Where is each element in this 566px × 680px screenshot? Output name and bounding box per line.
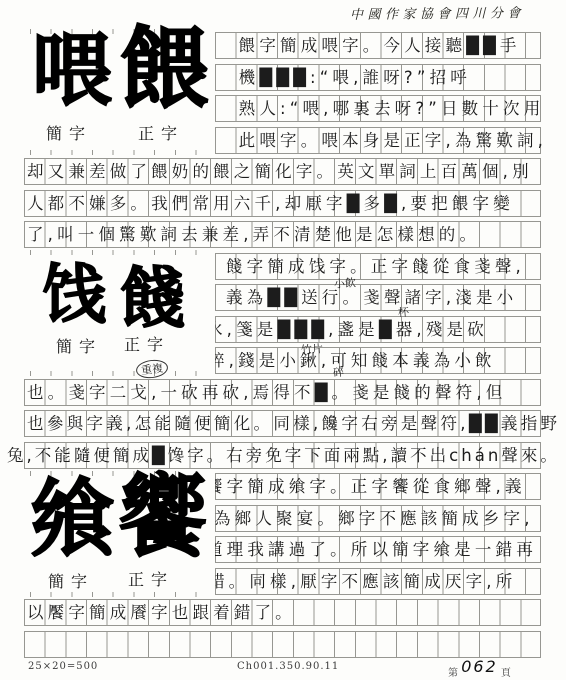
grid-row-9: 義為██送行。戔聲諸字,淺是小 <box>215 284 541 311</box>
grid-row-15: 饗字簡成飨字。正字饗從食鄉聲,義 <box>215 473 541 500</box>
grid-row-8: 餞字簡成饯字。正字餞從食戔聲, <box>215 253 541 280</box>
page-number-group: 第 062 頁 <box>448 661 511 680</box>
grid-row-17: 道理我講過了。所以簡字飨是一錯再 <box>215 536 541 563</box>
grid-row-16: 為鄉人聚宴。鄉字不應該簡成乡字, <box>215 505 541 532</box>
grid-row-10: 水,箋是███,盞是█器,殘是砍 <box>215 316 541 343</box>
handwritten-line: 兔,不能隨便簡成█馋字。右旁免字下面兩點,讀不出chán聲來。 <box>7 445 560 467</box>
grid-row-1: 餵字簡成喂字。今人接聽██手 <box>215 32 541 59</box>
grid-row-2: 機███:“喂,誰呀?”招呼 <box>215 64 541 91</box>
annotation-碎: 碎 <box>332 364 344 381</box>
manuscript-page: 中國作家協會四川分會 餵字簡成喂字。今人接聽██手 機███:“喂,誰呀?”招呼… <box>0 0 566 680</box>
section-2-simplified-label: 簡字 <box>56 334 102 357</box>
handwritten-line: 以饜字簡成餍字也跟着錯了。 <box>27 602 296 624</box>
print-code-label: Ch001.350.90.11 <box>237 661 339 672</box>
handwritten-line: 也。戔字二戈,一砍再砍,焉得不█。戔是餞的聲符,但 <box>27 382 506 404</box>
section-3-traditional-label: 正字 <box>128 567 174 590</box>
grid-row-11: 碎,錢是小鍬,可知餞本義為小飲 <box>215 347 541 374</box>
section-3-simplified-label: 簡字 <box>48 569 94 592</box>
section-3-character-block: 飨 饗 簡字 正字 <box>24 471 215 597</box>
section-2-character-block: 饯 餞 簡字 正字 <box>24 250 215 376</box>
annotation-竹片: 竹片 <box>300 340 323 357</box>
organization-header: 中國作家協會四川分會 <box>350 2 525 23</box>
grid-row-13: 也參與字義,怎能隨便簡化。同樣,饞字右旁是聲符,██義指野 <box>24 410 541 437</box>
section-1-traditional-label: 正字 <box>138 121 184 144</box>
handwritten-line: 道理我講過了。所以簡字飨是一錯再 <box>206 539 537 561</box>
grid-row-20 <box>24 631 541 658</box>
page-footer: 25×20=500 Ch001.350.90.11 第 062 頁 <box>0 658 566 680</box>
grid-row-12: 也。戔字二戈,一砍再砍,焉得不█。戔是餞的聲符,但 <box>24 379 541 406</box>
handwritten-line: 水,箋是███,盞是█器,殘是砍 <box>206 319 488 341</box>
handwritten-line: 熟人:“喂,哪裏去呀?”日數十次用 <box>218 98 544 120</box>
section-2-traditional-character: 餞 <box>120 266 186 332</box>
page-prefix: 第 <box>448 668 458 679</box>
grid-row-3: 熟人:“喂,哪裏去呀?”日數十次用 <box>215 95 541 122</box>
section-3-traditional-character: 饗 <box>118 473 208 563</box>
handwritten-line: 為鄉人聚宴。鄉字不應該簡成乡字, <box>214 508 534 530</box>
handwritten-line: 餞字簡成饯字。正字餞從食戔聲, <box>226 256 525 278</box>
section-3-simplified-character: 飨 <box>30 477 114 561</box>
handwritten-line: 碎,錢是小鍬,可知餞本義為小飲 <box>208 350 496 372</box>
annotation-杯: 杯 <box>397 304 409 321</box>
section-1-simplified-label: 簡字 <box>46 121 92 144</box>
handwritten-line: 餵字簡成喂字。今人接聽██手 <box>218 35 521 57</box>
handwritten-line: 人都不嫌多。我們常用六千,却厭字█多█,要把餵字變 <box>27 193 514 215</box>
handwritten-line: 了,叫一個驚歎詞去兼差,弄不清楚他是怎樣想的。 <box>27 224 480 246</box>
page-number: 062 <box>461 657 498 676</box>
section-1-traditional-character: 餵 <box>120 25 210 115</box>
page-suffix: 頁 <box>501 668 511 679</box>
grid-row-6: 人都不嫌多。我們常用六千,却厭字█多█,要把餵字變 <box>24 190 541 217</box>
grid-row-7: 了,叫一個驚歎詞去兼差,弄不清楚他是怎樣想的。 <box>24 221 541 248</box>
handwritten-line: 饗字簡成飨字。正字饗從食鄉聲,義 <box>206 476 526 498</box>
handwritten-line: 却又兼差做了餵奶的餵之簡化字。英文單詞上百萬個,別 <box>27 161 533 183</box>
handwritten-line: 此喂字。喂本身是正字,為驚歎詞, <box>218 130 547 152</box>
grid-row-19: 以饜字簡成餍字也跟着錯了。 <box>24 599 541 626</box>
section-2-traditional-label: 正字 <box>124 332 170 355</box>
section-2-simplified-character: 饯 <box>42 264 106 328</box>
handwritten-line: 機███:“喂,誰呀?”招呼 <box>218 67 471 89</box>
handwritten-line: 義為██送行。戔聲諸字,淺是小 <box>226 287 517 309</box>
section-1-character-block: 喂 餵 簡字 正字 <box>24 29 215 155</box>
paper-spec-label: 25×20=500 <box>28 661 98 672</box>
annotation-小飲: 小飲 <box>333 274 356 291</box>
handwritten-line: 錯。同樣,厭字不應該簡成厌字,所 <box>208 571 516 593</box>
grid-row-4: 此喂字。喂本身是正字,為驚歎詞, <box>215 127 541 154</box>
handwritten-line: 也參與字義,怎能隨便簡化。同樣,饞字右旁是聲符,██義指野 <box>27 413 560 435</box>
grid-row-14: 兔,不能隨便簡成█馋字。右旁免字下面兩點,讀不出chán聲來。 <box>24 442 541 469</box>
section-1-simplified-character: 喂 <box>32 31 112 111</box>
grid-row-18: 錯。同樣,厭字不應該簡成厌字,所 <box>215 568 541 595</box>
grid-row-5: 却又兼差做了餵奶的餵之簡化字。英文單詞上百萬個,別 <box>24 158 541 185</box>
